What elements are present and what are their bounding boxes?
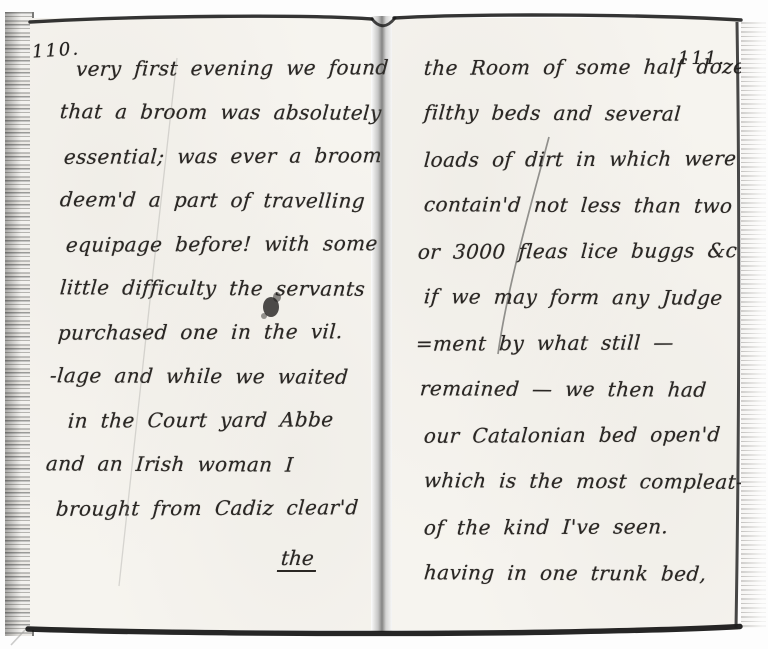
handwriting-text: -lage and while we waited	[48, 353, 350, 399]
gutter-shadow	[371, 16, 393, 632]
handwriting-text: which is the most compleat-	[422, 457, 745, 505]
handwriting-text: little difficulty the servants	[58, 265, 366, 311]
right-page: 111. the Room of some half dozen filthy …	[392, 18, 738, 630]
handwriting-line: having in one trunk bed,	[424, 550, 734, 596]
handwriting-line: very first evening we found	[60, 46, 365, 90]
handwriting-text: if we may form any Judge	[422, 273, 724, 321]
handwriting-line: little difficulty the servants	[60, 266, 365, 310]
handwriting-line: deem'd a part of travelling	[60, 178, 365, 222]
handwriting-line: filthy beds and several	[424, 90, 734, 136]
handwriting-text: that a broom was absolutely	[58, 89, 383, 135]
handwriting-line: or 3000 fleas lice buggs &c	[424, 228, 734, 274]
handwriting-text: contain'd not less than two	[422, 181, 734, 229]
handwriting-text: and an Irish woman I	[44, 441, 295, 486]
handwriting-line: essential; was ever a broom	[60, 134, 365, 178]
handwriting-line: -lage and while we waited	[60, 354, 365, 398]
handwriting-line: remained — we then had	[424, 366, 734, 412]
handwriting-text: very first evening we found	[75, 45, 391, 91]
handwriting-text: in the Court yard Abbe	[67, 397, 336, 442]
handwriting-text: loads of dirt in which were	[422, 135, 737, 183]
catchword-container: the	[278, 546, 317, 572]
handwriting-line: the Room of some half dozen	[424, 44, 734, 90]
handwriting-text: or 3000 fleas lice buggs &c	[416, 227, 738, 275]
handwriting-text: purchased one in the vil.	[57, 309, 345, 354]
handwriting-text: brought from Cadiz clear'd	[55, 485, 361, 531]
handwriting-text: remained — we then had	[418, 365, 708, 413]
handwriting-line: brought from Cadiz clear'd	[60, 486, 365, 530]
handwriting-line: and an Irish woman I	[60, 442, 365, 486]
handwriting-line: purchased one in the vil.	[60, 310, 365, 354]
handwriting-text: the Room of some half dozen	[422, 43, 760, 91]
handwriting-line: in the Court yard Abbe	[60, 398, 365, 442]
book-outer-edge-texture	[741, 22, 766, 628]
right-page-text: the Room of some half dozen filthy beds …	[424, 44, 734, 596]
handwriting-line: equipage before! with some	[60, 222, 365, 266]
handwriting-line: loads of dirt in which were	[424, 136, 734, 182]
handwriting-line: our Catalonian bed open'd	[424, 412, 734, 458]
handwriting-text: our Catalonian bed open'd	[422, 411, 722, 459]
handwriting-text: essential; was ever a broom	[63, 133, 384, 179]
handwriting-text: having in one trunk bed,	[422, 549, 708, 596]
scanned-book-spread: 110. very first evening we found that a …	[0, 0, 768, 649]
handwriting-line: that a broom was absolutely	[60, 90, 365, 134]
handwriting-line: if we may form any Judge	[424, 274, 734, 320]
handwriting-text: equipage before! with some	[65, 221, 380, 267]
handwriting-line: contain'd not less than two	[424, 182, 734, 228]
left-page-text: very first evening we found that a broom…	[60, 46, 365, 530]
catchword: the	[277, 546, 318, 572]
handwriting-text: deem'd a part of travelling	[58, 177, 366, 223]
handwriting-line: which is the most compleat-	[424, 458, 734, 504]
handwriting-text: =ment by what still —	[414, 319, 675, 366]
handwriting-line: =ment by what still —	[424, 320, 734, 366]
handwriting-line: of the kind I've seen.	[424, 504, 734, 550]
handwriting-text: filthy beds and several	[422, 89, 682, 136]
handwriting-text: of the kind I've seen.	[422, 503, 669, 550]
left-page: 110. very first evening we found that a …	[30, 18, 371, 630]
